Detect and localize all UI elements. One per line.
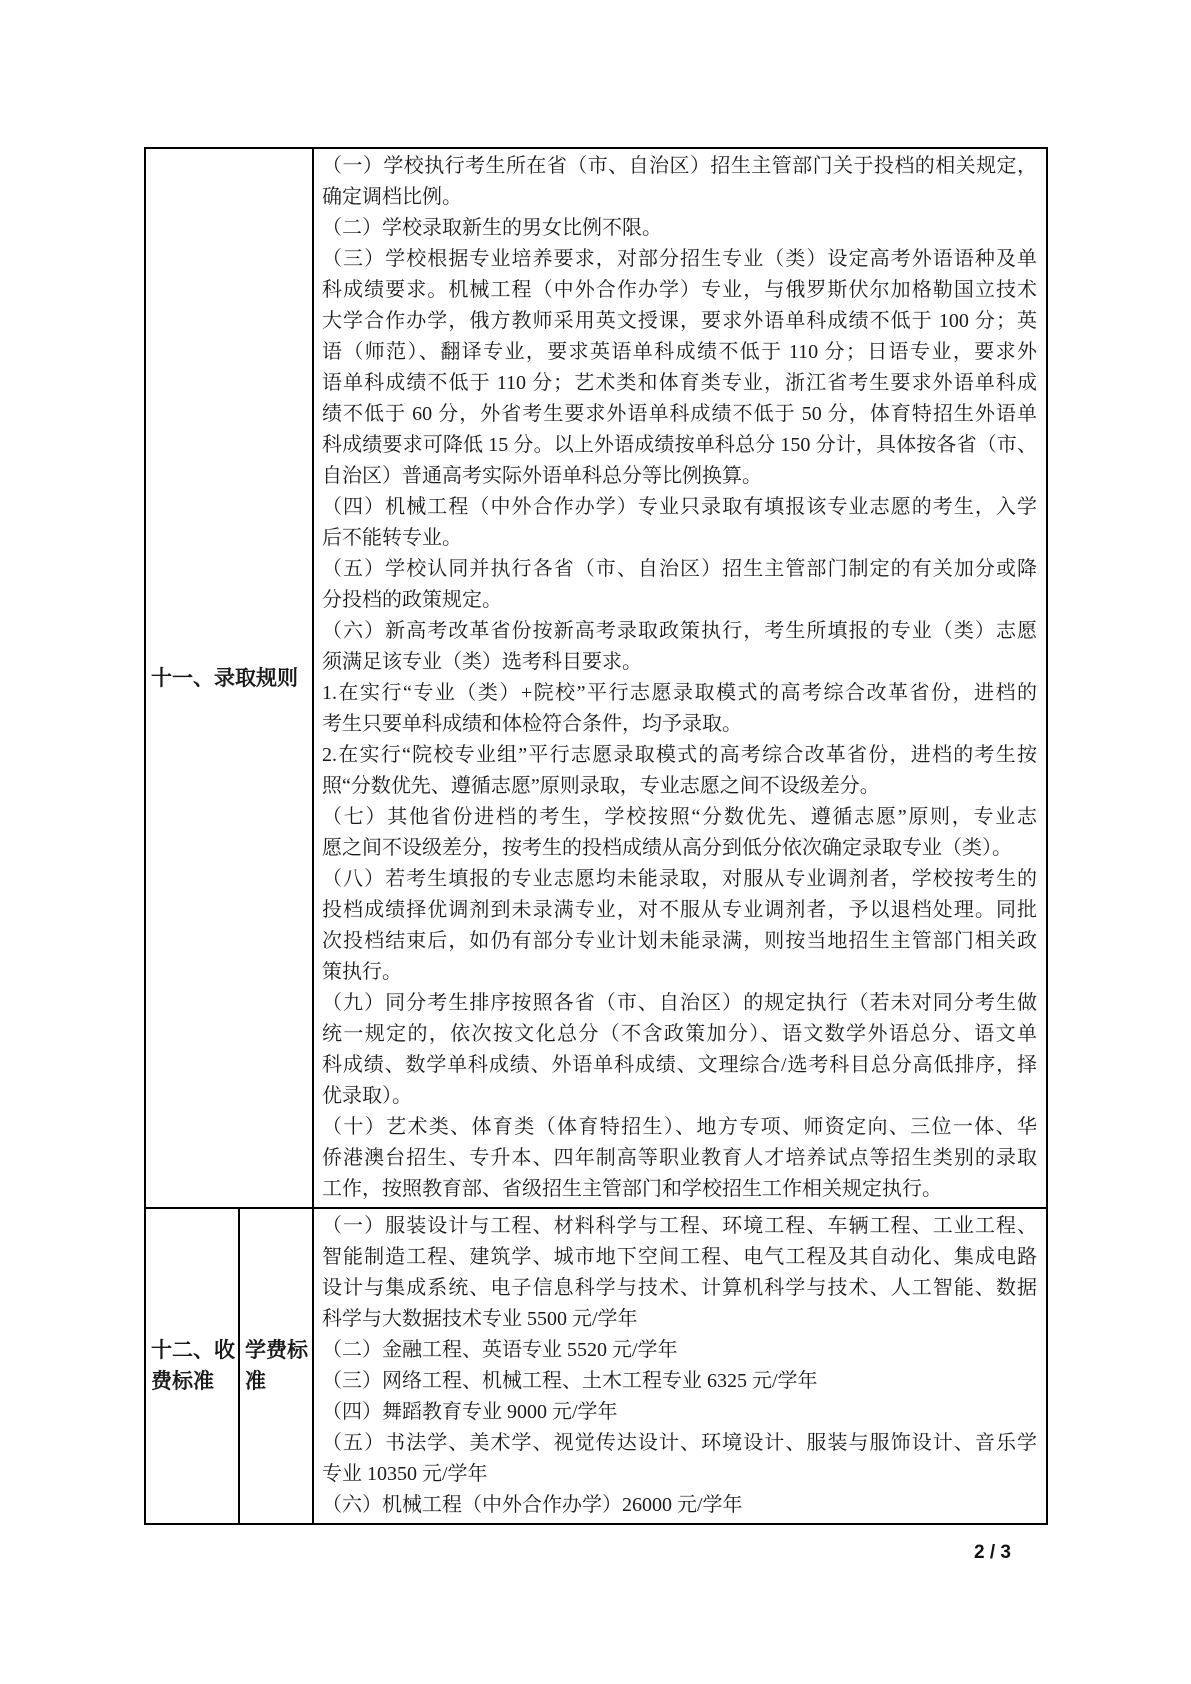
text-line: （四）机械工程（中外合作办学）专业只录取有填报该专业志愿的考生，入学	[322, 492, 1037, 523]
text-line: 统一规定的，依次按文化总分（不含政策加分）、语文数学外语总分、语文单	[322, 1019, 1037, 1050]
text-line: 投档成绩择优调剂到未录满专业，对不服从专业调剂者，予以退档处理。同批	[322, 895, 1037, 926]
regulations-table: 十一、录取规则 （一）学校执行考生所在省（市、自治区）招生主管部门关于投档的相关…	[144, 147, 1048, 1525]
text-line: （四）舞蹈教育专业 9000 元/学年	[322, 1397, 1037, 1428]
text-line: 科成绩、数学单科成绩、外语单科成绩、文理综合/选考科目总分高低排序，择	[322, 1050, 1037, 1081]
text-line: （六）新高考改革省份按新高考录取政策执行，考生所填报的专业（类）志愿	[322, 616, 1037, 647]
text-line: 照“分数优先、遵循志愿”原则录取，专业志愿之间不设级差分。	[322, 771, 1037, 802]
section-label-tuition-standard: 学费标准	[245, 1335, 312, 1397]
text-line: 愿之间不设级差分，按考生的投档成绩从高分到低分依次确定录取专业（类）。	[322, 833, 1037, 864]
text-line: （一）服装设计与工程、材料科学与工程、环境工程、车辆工程、工业工程、	[322, 1211, 1037, 1242]
page-number: 2 / 3	[974, 1542, 1011, 1564]
text-line: 后不能转专业。	[322, 523, 1037, 554]
text-line: （三）网络工程、机械工程、土木工程专业 6325 元/学年	[322, 1366, 1037, 1397]
text-line: 科学与大数据技术专业 5500 元/学年	[322, 1304, 1037, 1335]
text-line: （三）学校根据专业培养要求，对部分招生专业（类）设定高考外语语种及单	[322, 244, 1037, 275]
text-line: 绩不低于 60 分，外省考生要求外语单科成绩不低于 50 分，体育特招生外语单	[322, 399, 1037, 430]
text-line: 须满足该专业（类）选考科目要求。	[322, 647, 1037, 678]
text-line: 分投档的政策规定。	[322, 585, 1037, 616]
tuition-standard-label-cell: 学费标准	[240, 1209, 314, 1523]
text-line: （八）若考生填报的专业志愿均未能录取，对服从专业调剂者，学校按考生的	[322, 864, 1037, 895]
admission-rules-content: （一）学校执行考生所在省（市、自治区）招生主管部门关于投档的相关规定，确定调档比…	[314, 149, 1046, 1207]
text-line: （一）学校执行考生所在省（市、自治区）招生主管部门关于投档的相关规定，	[322, 151, 1037, 182]
text-line: （二）学校录取新生的男女比例不限。	[322, 213, 1037, 244]
text-line: （九）同分考生排序按照各省（市、自治区）的规定执行（若未对同分考生做	[322, 988, 1037, 1019]
table-row-admission-rules: 十一、录取规则 （一）学校执行考生所在省（市、自治区）招生主管部门关于投档的相关…	[146, 149, 1046, 1209]
text-line: （十）艺术类、体育类（体育特招生）、地方专项、师资定向、三位一体、华	[322, 1112, 1037, 1143]
text-line: （七）其他省份进档的考生，学校按照“分数优先、遵循志愿”原则，专业志	[322, 802, 1037, 833]
text-line: 语（师范）、翻译专业，要求英语单科成绩不低于 110 分；日语专业，要求外	[322, 337, 1037, 368]
text-line: 考生只要单科成绩和体检符合条件，均予录取。	[322, 709, 1037, 740]
text-line: 自治区）普通高考实际外语单科总分等比例换算。	[322, 461, 1037, 492]
text-line: 1.在实行“专业（类）+院校”平行志愿录取模式的高考综合改革省份，进档的	[322, 678, 1037, 709]
text-line: （五）学校认同并执行各省（市、自治区）招生主管部门制定的有关加分或降	[322, 554, 1037, 585]
text-line: 智能制造工程、建筑学、城市地下空间工程、电气工程及其自动化、集成电路	[322, 1242, 1037, 1273]
text-line: 科成绩要求。机械工程（中外合作办学）专业，与俄罗斯伏尔加格勒国立技术	[322, 275, 1037, 306]
text-line: 确定调档比例。	[322, 182, 1037, 213]
text-line: 次投档结束后，如仍有部分专业计划未能录满，则按当地招生主管部门相关政	[322, 926, 1037, 957]
fee-standard-content: （一）服装设计与工程、材料科学与工程、环境工程、车辆工程、工业工程、智能制造工程…	[314, 1209, 1046, 1523]
text-line: 大学合作办学，俄方教师采用英文授课，要求外语单科成绩不低于 100 分；英	[322, 306, 1037, 337]
text-line: 设计与集成系统、电子信息科学与技术、计算机科学与技术、人工智能、数据	[322, 1273, 1037, 1304]
text-line: 策执行。	[322, 957, 1037, 988]
document-page: { "document": { "page_number": "2 / 3", …	[0, 0, 1191, 1684]
text-line: （二）金融工程、英语专业 5520 元/学年	[322, 1335, 1037, 1366]
text-line: 侨港澳台招生、专升本、四年制高等职业教育人才培养试点等招生类别的录取	[322, 1143, 1037, 1174]
fee-standard-label-cell: 十二、收费标准	[146, 1209, 240, 1523]
text-line: 科成绩要求可降低 15 分。以上外语成绩按单科总分 150 分计，具体按各省（市…	[322, 430, 1037, 461]
text-line: （五）书法学、美术学、视觉传达设计、环境设计、服装与服饰设计、音乐学	[322, 1428, 1037, 1459]
text-line: 2.在实行“院校专业组”平行志愿录取模式的高考综合改革省份，进档的考生按	[322, 740, 1037, 771]
table-row-fee-standard: 十二、收费标准 学费标准 （一）服装设计与工程、材料科学与工程、环境工程、车辆工…	[146, 1209, 1046, 1523]
section-label-admission-rules: 十一、录取规则	[151, 663, 298, 694]
text-line: 语单科成绩不低于 110 分；艺术类和体育类专业，浙江省考生要求外语单科成	[322, 368, 1037, 399]
text-line: （六）机械工程（中外合作办学）26000 元/学年	[322, 1490, 1037, 1521]
text-line: 优录取）。	[322, 1081, 1037, 1112]
text-line: 工作，按照教育部、省级招生主管部门和学校招生工作相关规定执行。	[322, 1174, 1037, 1205]
text-line: 专业 10350 元/学年	[322, 1459, 1037, 1490]
admission-rules-label-cell: 十一、录取规则	[146, 149, 314, 1207]
section-label-fee-standard: 十二、收费标准	[151, 1335, 238, 1397]
